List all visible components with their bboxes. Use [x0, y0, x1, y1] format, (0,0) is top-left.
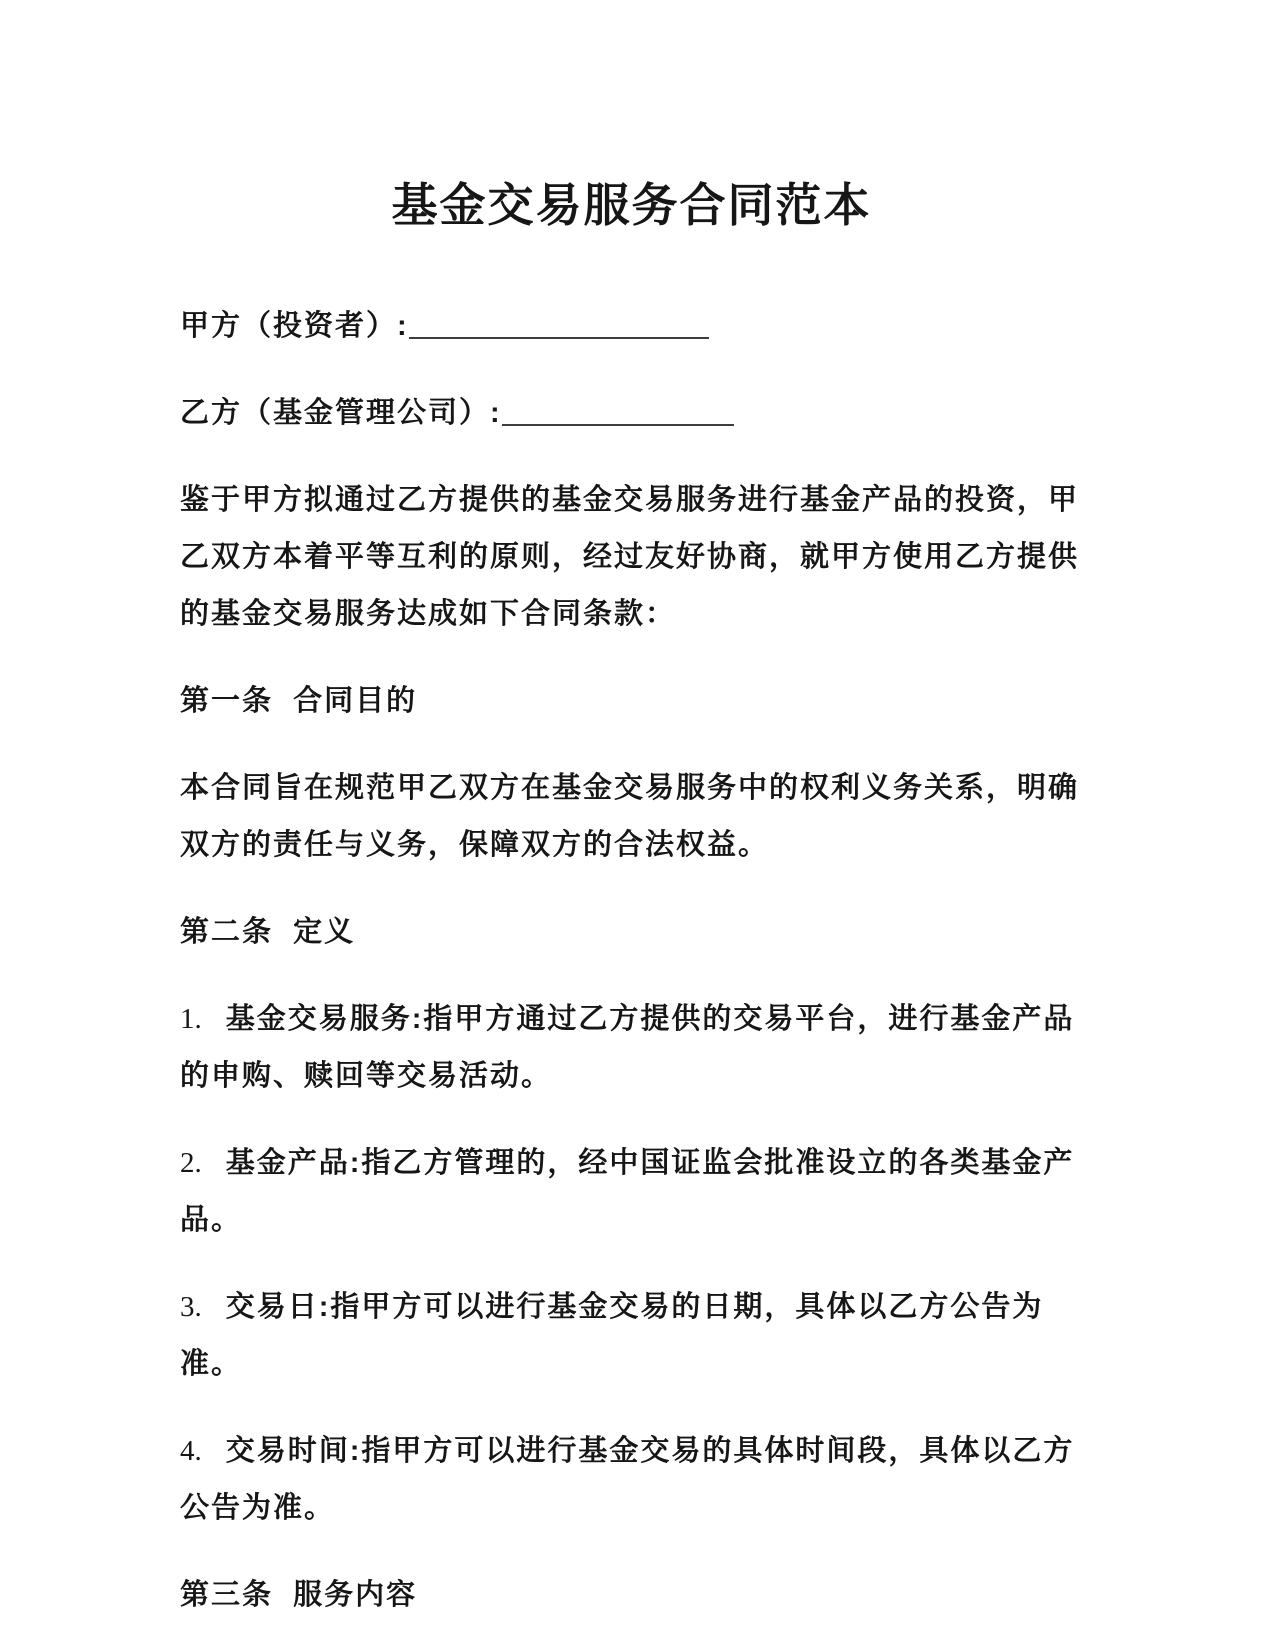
definition-3-number: 3. — [180, 1291, 202, 1323]
definition-3-text: 交易日:指甲方可以进行基金交易的日期，具体以乙方公告为准。 — [180, 1291, 1043, 1380]
definition-1-number: 1. — [180, 1003, 202, 1035]
party-b-label: 乙方（基金管理公司）: — [180, 397, 502, 429]
definition-1-text: 基金交易服务:指甲方通过乙方提供的交易平台，进行基金产品的申购、赎回等交易活动。 — [180, 1003, 1074, 1092]
party-a-blank — [409, 303, 709, 339]
preamble-paragraph: 鉴于甲方拟通过乙方提供的基金交易服务进行基金产品的投资，甲乙双方本着平等互利的原… — [180, 472, 1083, 643]
definition-2-text: 基金产品:指乙方管理的，经中国证监会批准设立的各类基金产品。 — [180, 1147, 1074, 1236]
definition-4-number: 4. — [180, 1435, 202, 1467]
section-1-heading: 第一条 合同目的 — [180, 673, 1083, 730]
definition-2-number: 2. — [180, 1147, 202, 1179]
section-1-body: 本合同旨在规范甲乙双方在基金交易服务中的权利义务关系，明确双方的责任与义务，保障… — [180, 760, 1083, 874]
definition-item-1: 1.基金交易服务:指甲方通过乙方提供的交易平台，进行基金产品的申购、赎回等交易活… — [180, 991, 1083, 1105]
document-title: 基金交易服务合同范本 — [180, 176, 1083, 236]
definition-4-text: 交易时间:指甲方可以进行基金交易的具体时间段，具体以乙方公告为准。 — [180, 1435, 1074, 1524]
section-3-heading: 第三条 服务内容 — [180, 1567, 1083, 1624]
definition-item-3: 3.交易日:指甲方可以进行基金交易的日期，具体以乙方公告为准。 — [180, 1279, 1083, 1393]
party-a-label: 甲方（投资者）: — [180, 310, 409, 342]
party-b-line: 乙方（基金管理公司）: — [180, 385, 1083, 442]
contract-document: 基金交易服务合同范本 甲方（投资者）: 乙方（基金管理公司）: 鉴于甲方拟通过乙… — [0, 0, 1275, 1650]
party-a-line: 甲方（投资者）: — [180, 298, 1083, 355]
section-2-heading: 第二条 定义 — [180, 904, 1083, 961]
party-b-blank — [502, 390, 734, 426]
definition-item-4: 4.交易时间:指甲方可以进行基金交易的具体时间段，具体以乙方公告为准。 — [180, 1423, 1083, 1537]
definition-item-2: 2.基金产品:指乙方管理的，经中国证监会批准设立的各类基金产品。 — [180, 1135, 1083, 1249]
